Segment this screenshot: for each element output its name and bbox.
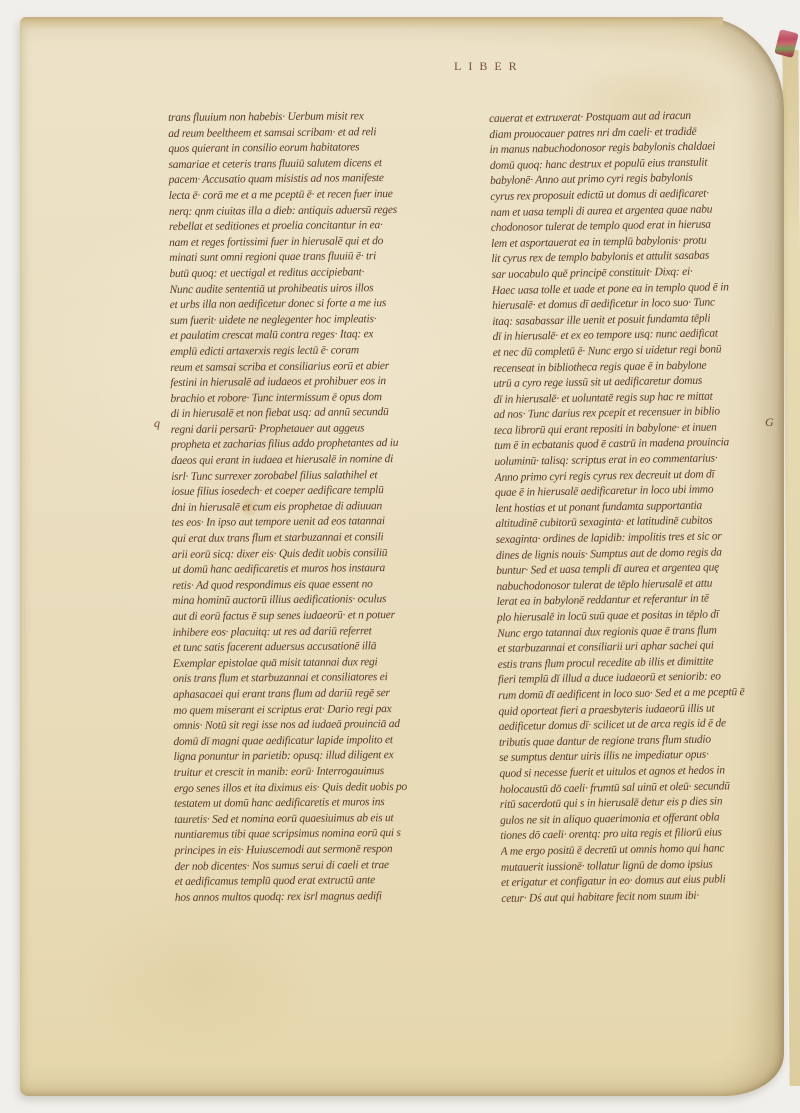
running-title-liber: LIBER [454, 59, 524, 74]
text-column-left: trans fluuium non habebis· Uerbum misit … [168, 108, 473, 906]
parchment-stain [80, 897, 320, 1057]
parchment-page: LIBER trans fluuium non habebis· Uerbum … [20, 17, 784, 1096]
margin-mark-right: G [765, 415, 774, 430]
manuscript-photo: LIBER trans fluuium non habebis· Uerbum … [0, 0, 800, 1113]
text-column-right: cauerat et extruxerat· Postquam aut ad i… [489, 107, 798, 907]
top-fold-edge [20, 17, 723, 29]
manuscript-line: hos annos multos quodq: rex isrl magnus … [175, 888, 473, 906]
margin-mark-left: q [154, 416, 160, 431]
